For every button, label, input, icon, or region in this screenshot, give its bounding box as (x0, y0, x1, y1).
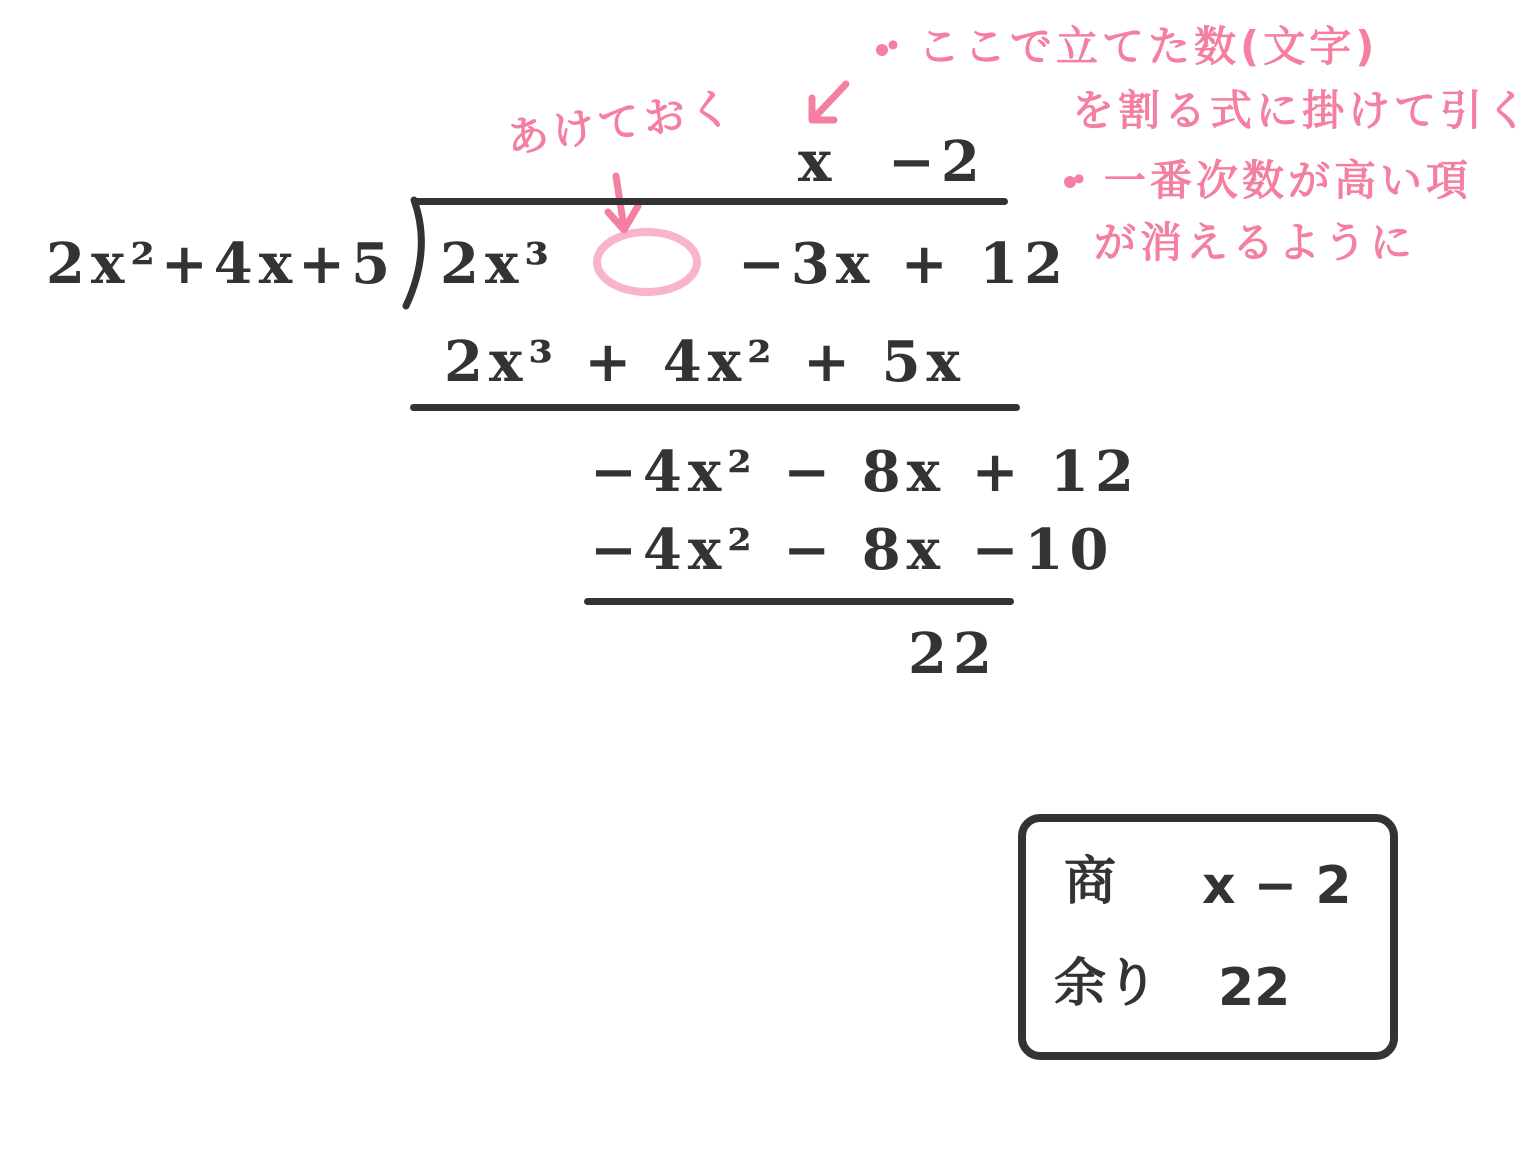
quotient-term-x: x (798, 134, 837, 190)
answer-box (1018, 814, 1398, 1060)
step-product-2: −4x² − 8x −10 (590, 522, 1114, 578)
annotation-bullet2-line1: ・一番次数が高い項 (1058, 160, 1472, 202)
annotation-bullet1-line1: ・ここで立てた数(文字) (872, 26, 1378, 68)
division-bracket (406, 200, 421, 306)
quotient-label: 商 (1064, 856, 1116, 908)
subtraction-rule-2 (584, 598, 1014, 605)
arrow-to-quotient-icon (812, 84, 846, 120)
remainder-value: 22 (908, 626, 998, 682)
remainder-answer: 22 (1218, 962, 1290, 1014)
blank-placeholder-circle (597, 232, 697, 292)
step-difference-1: −4x² − 8x + 12 (590, 444, 1140, 500)
annotation-bullet1-line2: を割る式に掛けて引く (1072, 90, 1532, 132)
quotient-term-const: −2 (888, 134, 986, 190)
dividend-rest: −3x + 12 (738, 236, 1069, 292)
divisor: 2x²+4x+5 (46, 236, 396, 292)
annotation-bullet2-line2: が消えるように (1094, 222, 1416, 264)
dividend-leading-term: 2x³ (440, 236, 555, 292)
remainder-label: 余り (1054, 958, 1158, 1010)
step-product-1: 2x³ + 4x² + 5x (444, 334, 966, 390)
quotient-answer: x − 2 (1202, 860, 1352, 912)
subtraction-rule-1 (410, 404, 1020, 411)
division-top-rule (412, 198, 1008, 205)
